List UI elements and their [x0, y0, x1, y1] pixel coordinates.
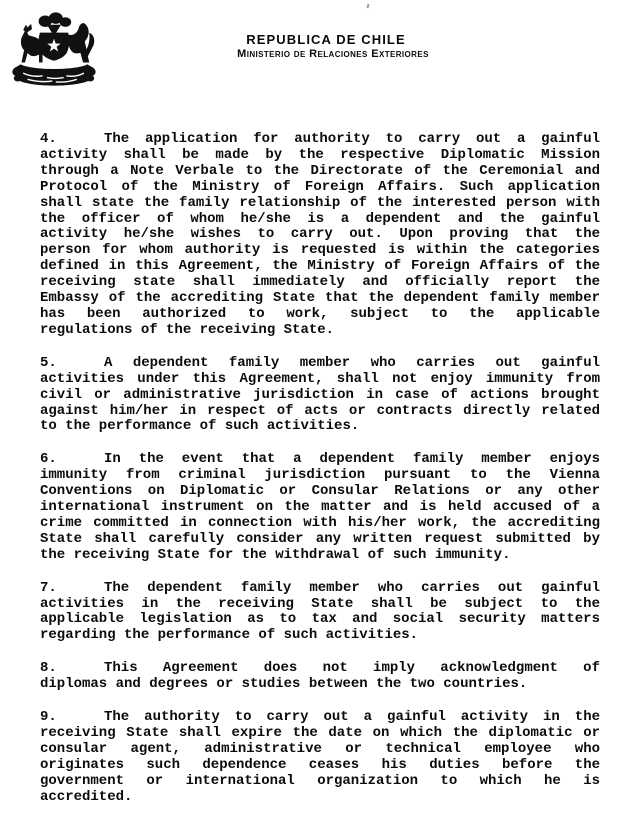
text-line: receiving state shall immediately and of… [40, 275, 600, 291]
text-line: Protocol of the Ministry of Foreign Affa… [40, 180, 600, 196]
text-line: activity he/she wishes to carry out. Upo… [40, 227, 600, 243]
text-line: through a Note Verbale to the Directorat… [40, 164, 600, 180]
paragraph-first-line-text: A dependent family member who carries ou… [104, 356, 600, 372]
text-line: originates such dependence ceases his du… [40, 758, 600, 774]
text-line: diplomas and degrees or studies between … [40, 677, 600, 693]
paragraph-number: 5. [40, 356, 104, 372]
text-line: the officer of whom he/she is a dependen… [40, 212, 600, 228]
text-line: Embassy of the accrediting State that th… [40, 291, 600, 307]
text-line: civil or administrative jurisdiction in … [40, 388, 600, 404]
paragraph-number: 6. [40, 452, 104, 468]
paragraph-number: 7. [40, 581, 104, 597]
text-line: government or international organization… [40, 774, 600, 790]
text-line: Conventions on Diplomatic or Consular Re… [40, 484, 600, 500]
paragraph-5: 5.A dependent family member who carries … [40, 356, 600, 436]
document-body: 4.The application for authority to carry… [40, 132, 600, 806]
text-line: receiving State shall expire the date on… [40, 726, 600, 742]
text-line: 4.The application for authority to carry… [40, 132, 600, 148]
text-line: applicable legislation as to tax and soc… [40, 612, 600, 628]
paragraph-7: 7.The dependent family member who carrie… [40, 581, 600, 645]
text-line: regarding the performance of such activi… [40, 628, 600, 644]
letterhead-subtitle: Ministerio de Relaciones Exteriores [37, 48, 629, 60]
paragraph-8: 8.This Agreement does not imply acknowle… [40, 661, 600, 693]
paragraph-first-line-text: The dependent family member who carries … [104, 581, 600, 597]
text-line: international instrument on the matter a… [40, 500, 600, 516]
paragraph-number: 9. [40, 710, 104, 726]
text-line: 7.The dependent family member who carrie… [40, 581, 600, 597]
paragraph-9: 9.The authority to carry out a gainful a… [40, 710, 600, 805]
text-line: to the performance of such activities. [40, 419, 600, 435]
paragraph-6: 6.In the event that a dependent family m… [40, 452, 600, 563]
paragraph-4: 4.The application for authority to carry… [40, 132, 600, 339]
scan-artifact [366, 4, 369, 8]
text-line: immunity from criminal jurisdiction purs… [40, 468, 600, 484]
text-line: regulations of the receiving State. [40, 323, 600, 339]
paragraph-first-line-text: This Agreement does not imply acknowledg… [104, 661, 600, 677]
text-line: has been authorized to work, subject to … [40, 307, 600, 323]
document-page: REPUBLICA DE CHILE Ministerio de Relacio… [0, 0, 629, 827]
text-line: against him/her in respect of acts or co… [40, 404, 600, 420]
paragraph-number: 4. [40, 132, 104, 148]
text-line: defined in this Agreement, the Ministry … [40, 259, 600, 275]
text-line: accredited. [40, 790, 600, 806]
text-line: person for whom authority is requested i… [40, 243, 600, 259]
text-line: crime committed in connection with his/h… [40, 516, 600, 532]
letterhead-title: REPUBLICA DE CHILE [23, 32, 629, 47]
text-line: shall state the family relationship of t… [40, 196, 600, 212]
paragraph-number: 8. [40, 661, 104, 677]
text-line: activities in the receiving State shall … [40, 597, 600, 613]
paragraph-first-line-text: The authority to carry out a gainful act… [104, 710, 600, 726]
paragraph-first-line-text: The application for authority to carry o… [104, 132, 600, 148]
text-line: 5.A dependent family member who carries … [40, 356, 600, 372]
text-line: 8.This Agreement does not imply acknowle… [40, 661, 600, 677]
text-line: the receiving State for the withdrawal o… [40, 548, 600, 564]
text-line: 6.In the event that a dependent family m… [40, 452, 600, 468]
text-line: consular agent, administrative or techni… [40, 742, 600, 758]
text-line: 9.The authority to carry out a gainful a… [40, 710, 600, 726]
text-line: activity shall be made by the respective… [40, 148, 600, 164]
text-line: activities under this Agreement, shall n… [40, 372, 600, 388]
paragraph-first-line-text: In the event that a dependent family mem… [104, 452, 600, 468]
text-line: State shall carefully consider any writt… [40, 532, 600, 548]
